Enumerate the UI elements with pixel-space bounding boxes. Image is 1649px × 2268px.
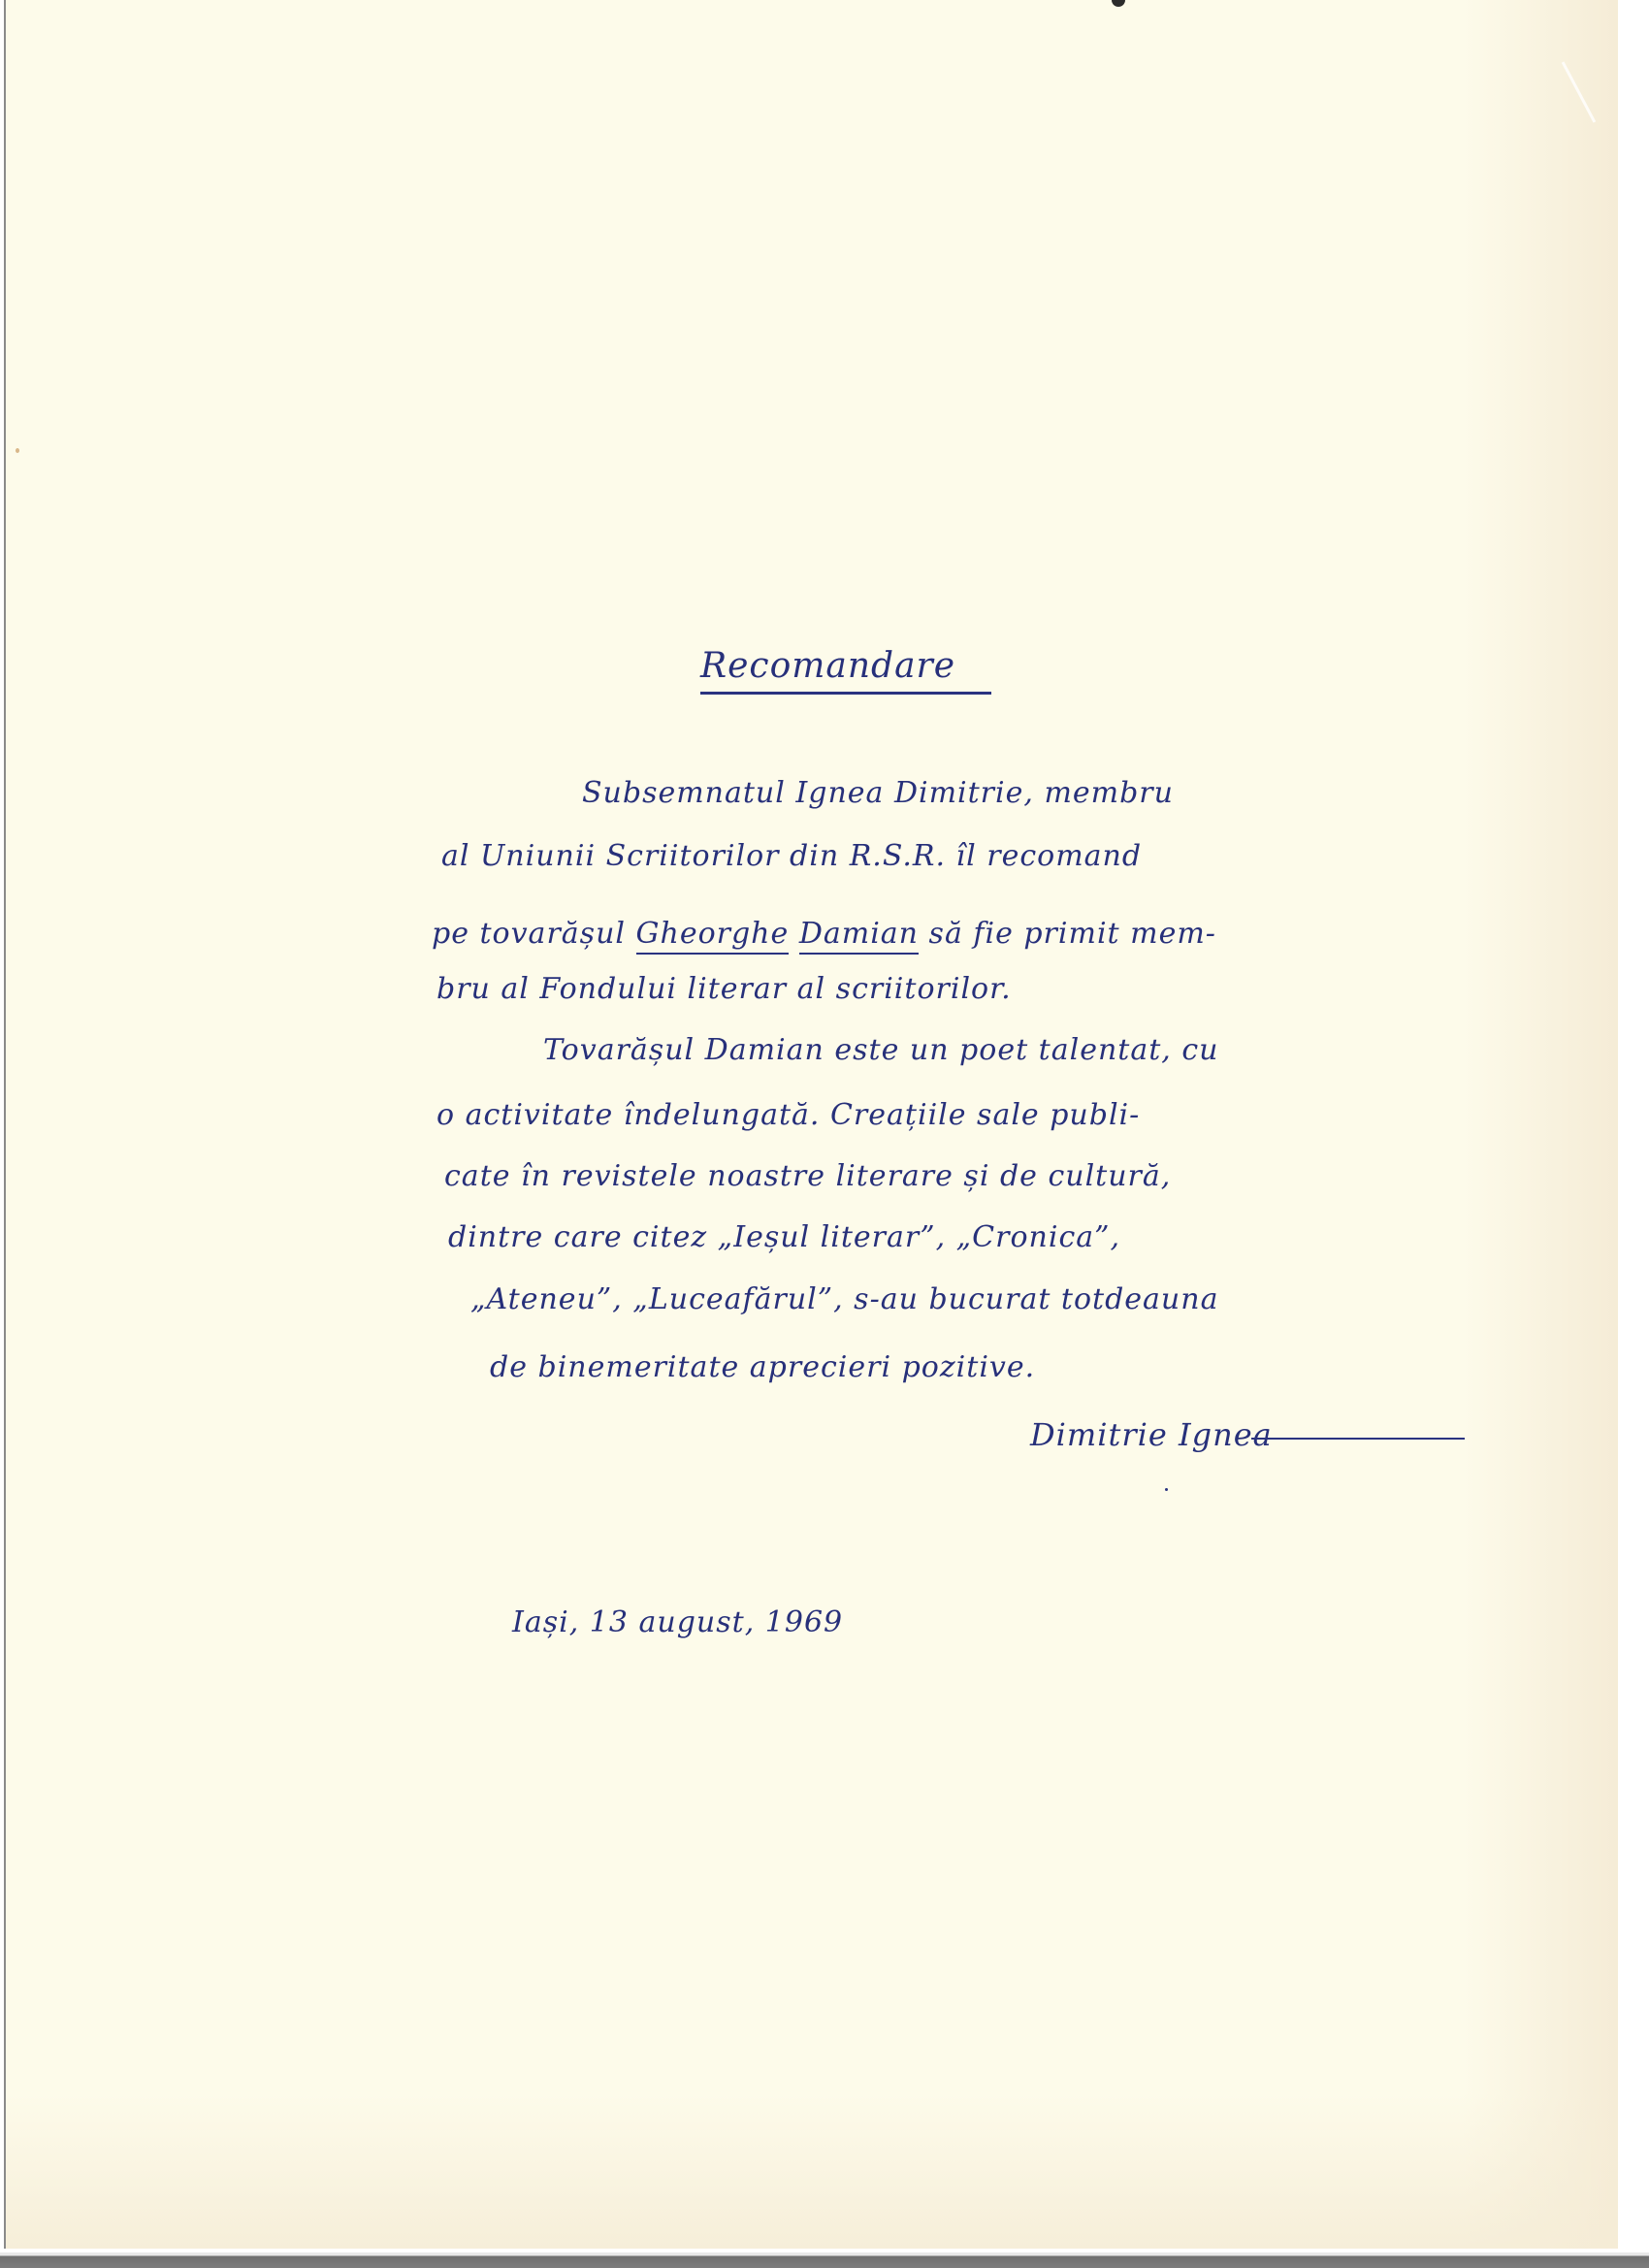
body-line-10: de binemeritate aprecieri pozitive. (490, 1350, 1035, 1384)
body-line-2: al Uniunii Scriitorilor din R.S.R. îl re… (441, 839, 1142, 873)
place-and-date: Iași, 13 august, 1969 (512, 1605, 843, 1639)
paper-aging-tint-bottom (6, 2093, 1618, 2249)
body-line-3: pe tovarășul Gheorghe Damian să fie prim… (432, 917, 1216, 951)
signature: Dimitrie Ignea (1030, 1416, 1273, 1453)
paper-aging-tint (1463, 0, 1618, 2249)
body-line-5: Tovarășul Damian este un poet talentat, … (543, 1033, 1218, 1067)
body-line-3-prefix: pe tovarășul (432, 917, 626, 951)
scanner-bed-edge (0, 2252, 1649, 2268)
nominee-last-name: Damian (799, 917, 919, 955)
body-line-3-suffix: să fie primit mem- (929, 917, 1216, 951)
ink-dot (1165, 1488, 1168, 1491)
body-line-6: o activitate îndelungată. Creațiile sale… (436, 1098, 1140, 1132)
nominee-first-name: Gheorghe (636, 917, 790, 955)
body-line-8: dintre care citez „Ieșul literar”, „Cron… (448, 1220, 1120, 1254)
body-line-9: „Ateneu”, „Luceafărul”, s-au bucurat tot… (470, 1282, 1218, 1316)
document-title: Recomandare (700, 646, 991, 695)
body-line-1: Subsemnatul Ignea Dimitrie, membru (582, 776, 1174, 810)
body-line-7: cate în revistele noastre literare și de… (444, 1159, 1171, 1193)
stain-spot (16, 448, 19, 453)
body-line-4: bru al Fondului literar al scriitorilor. (436, 972, 1012, 1006)
signature-flourish (1251, 1438, 1465, 1440)
